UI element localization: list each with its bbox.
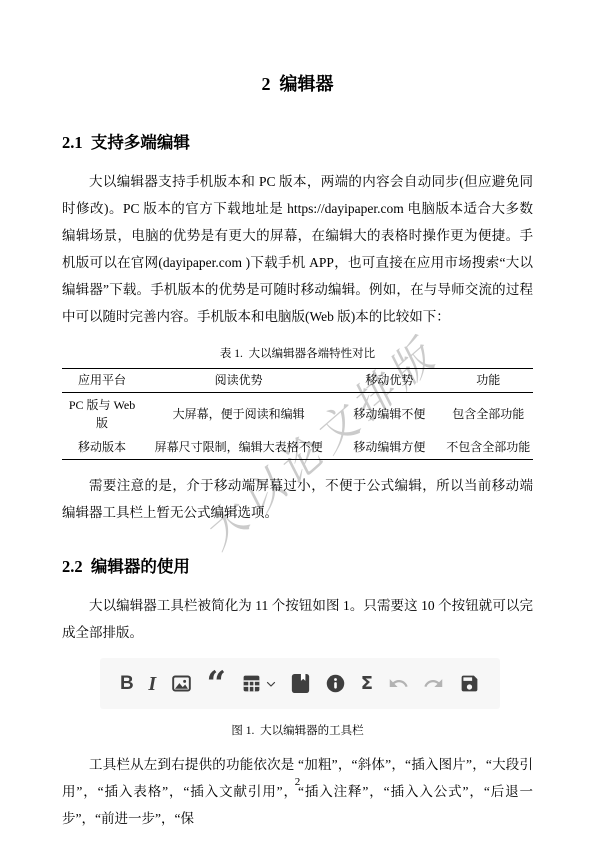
- table-cell: 移动版本: [62, 435, 142, 460]
- insert-image-button: [171, 672, 192, 696]
- comparison-table: 应用平台 阅读优势 移动优势 功能 PC 版与 Web 版 大屏幕，便于阅读和编…: [62, 368, 533, 460]
- blockquote-button: “: [207, 672, 227, 696]
- blockquote-icon: “: [207, 679, 227, 693]
- chapter-title: 2 编辑器: [62, 72, 533, 96]
- image-icon: [171, 673, 192, 694]
- bold-icon: B: [120, 674, 134, 694]
- table-header-cell: 应用平台: [62, 369, 142, 393]
- table-cell: PC 版与 Web 版: [62, 393, 142, 436]
- table-header-cell: 阅读优势: [142, 369, 335, 393]
- table-row: 移动版本 屏幕尺寸限制，编辑大表格不便 移动编辑方便 不包含全部功能: [62, 435, 533, 460]
- table-cell: 包含全部功能: [444, 393, 534, 436]
- info-icon: [325, 673, 346, 694]
- editor-toolbar-figure: B I “: [100, 658, 500, 709]
- section-heading-2-2: 2.2 编辑器的使用: [62, 556, 533, 578]
- italic-button: I: [148, 672, 156, 696]
- insert-annotation-button: [325, 672, 346, 696]
- italic-icon: I: [148, 674, 156, 694]
- save-button: [459, 672, 480, 696]
- undo-button: [388, 672, 409, 696]
- table-cell: 屏幕尺寸限制，编辑大表格不便: [142, 435, 335, 460]
- paragraph: 大以编辑器工具栏被简化为 11 个按钮如图 1。只需要这 10 个按钮就可以完成…: [62, 592, 533, 646]
- insert-formula-button: Σ: [361, 672, 373, 696]
- table-header-cell: 移动优势: [335, 369, 443, 393]
- table-cell: 移动编辑方便: [335, 435, 443, 460]
- redo-icon: [423, 673, 444, 694]
- sigma-icon: Σ: [361, 674, 373, 694]
- document-page: 大以论文排版 2 编辑器 2.1 支持多端编辑 大以编辑器支持手机版本和 PC …: [0, 0, 595, 842]
- table-cell: 大屏幕，便于阅读和编辑: [142, 393, 335, 436]
- table-cell: 不包含全部功能: [444, 435, 534, 460]
- table-row: PC 版与 Web 版 大屏幕，便于阅读和编辑 移动编辑不便 包含全部功能: [62, 393, 533, 436]
- table-header-cell: 功能: [444, 369, 534, 393]
- table-caption: 表 1. 大以编辑器各端特性对比: [62, 346, 533, 362]
- figure-caption: 图 1. 大以编辑器的工具栏: [62, 723, 533, 739]
- save-icon: [459, 673, 480, 694]
- paragraph: 工具栏从左到右提供的功能依次是 “加粗”，“斜体”，“插入图片”，“大段引用”，…: [62, 751, 533, 832]
- insert-citation-button: [291, 672, 310, 696]
- book-icon: [291, 673, 310, 694]
- table-header-row: 应用平台 阅读优势 移动优势 功能: [62, 369, 533, 393]
- bold-button: B: [120, 672, 134, 696]
- page-content: 2 编辑器 2.1 支持多端编辑 大以编辑器支持手机版本和 PC 版本，两端的内…: [62, 0, 533, 832]
- undo-icon: [388, 673, 409, 694]
- table-icon: [241, 673, 262, 694]
- table-cell: 移动编辑不便: [335, 393, 443, 436]
- paragraph: 需要注意的是，介于移动端屏幕过小，不便于公式编辑，所以当前移动端编辑器工具栏上暂…: [62, 472, 533, 526]
- paragraph: 大以编辑器支持手机版本和 PC 版本，两端的内容会自动同步(但应避免同时修改)。…: [62, 168, 533, 330]
- redo-button: [423, 672, 444, 696]
- insert-table-button: [241, 672, 277, 696]
- page-number: 2: [0, 776, 595, 788]
- section-heading-2-1: 2.1 支持多端编辑: [62, 132, 533, 154]
- chevron-down-icon: [265, 678, 277, 690]
